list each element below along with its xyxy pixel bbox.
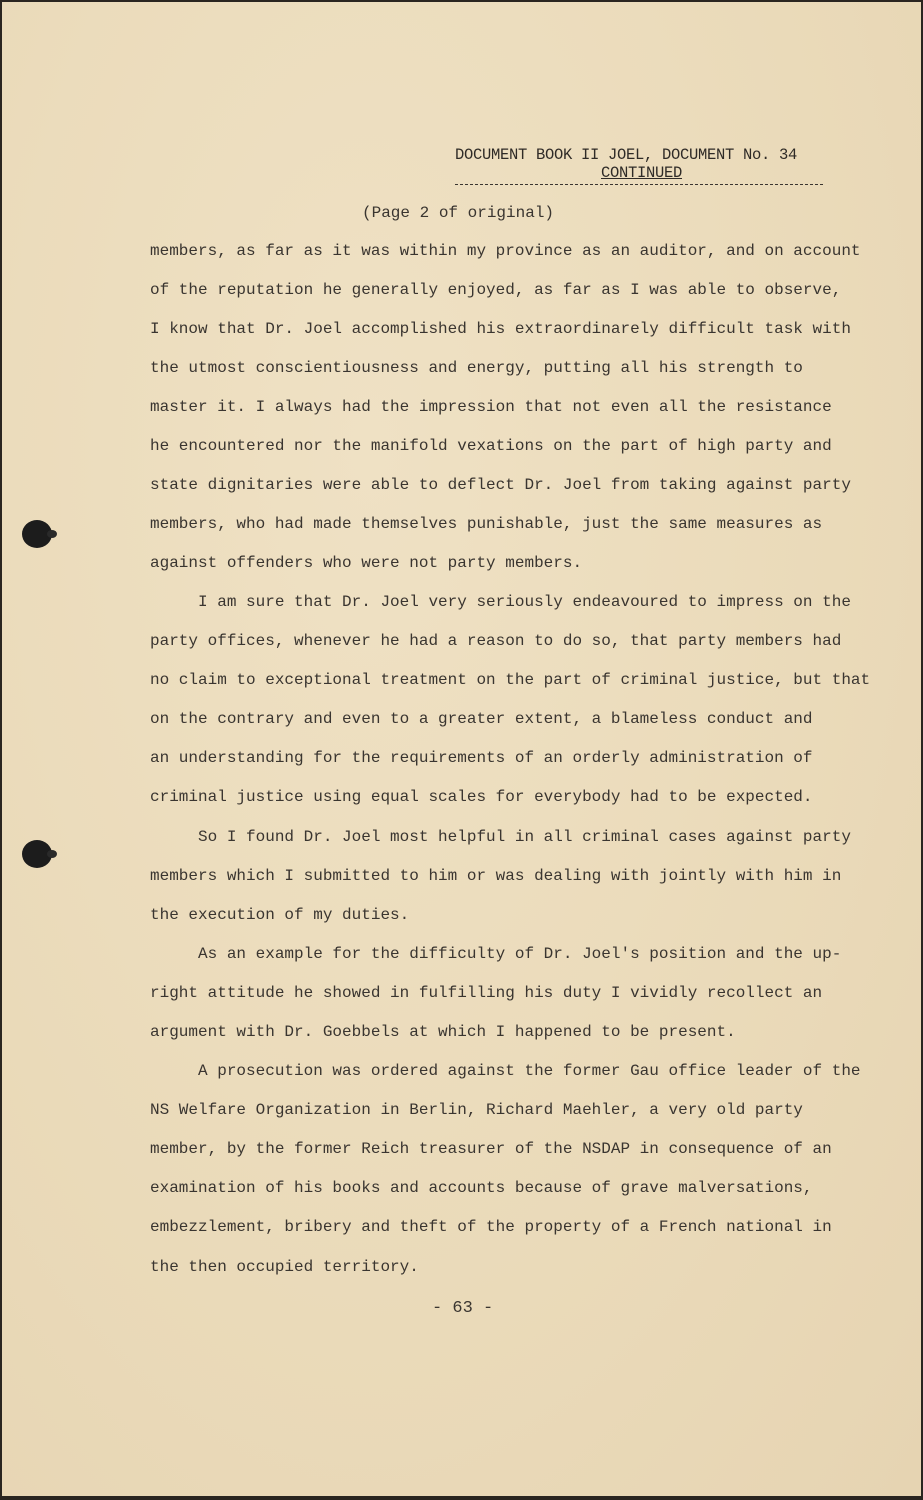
text-line: members which I submitted to him or was … (150, 867, 841, 885)
text-line: embezzlement, bribery and theft of the p… (150, 1218, 832, 1236)
text-line: I am sure that Dr. Joel very seriously e… (150, 593, 851, 611)
text-line: members, as far as it was within my prov… (150, 242, 861, 260)
text-line: party offices, whenever he had a reason … (150, 632, 841, 650)
text-line: the then occupied territory. (150, 1258, 419, 1276)
text-line: state dignitaries were able to deflect D… (150, 476, 851, 494)
text-line: the utmost conscientiousness and energy,… (150, 359, 803, 377)
document-page: DOCUMENT BOOK II JOEL, DOCUMENT No. 34 C… (2, 2, 921, 1496)
text-line: argument with Dr. Goebbels at which I ha… (150, 1023, 736, 1041)
text-line: So I found Dr. Joel most helpful in all … (150, 828, 851, 846)
text-line: member, by the former Reich treasurer of… (150, 1140, 832, 1158)
punch-hole-bottom (22, 840, 52, 868)
text-line: right attitude he showed in fulfilling h… (150, 984, 822, 1002)
document-header: DOCUMENT BOOK II JOEL, DOCUMENT No. 34 C… (455, 146, 825, 185)
document-title: DOCUMENT BOOK II JOEL, DOCUMENT No. 34 (455, 146, 825, 164)
document-subtitle: CONTINUED (601, 164, 682, 182)
text-line: A prosecution was ordered against the fo… (150, 1062, 861, 1080)
text-line: members, who had made themselves punisha… (150, 515, 822, 533)
text-line: NS Welfare Organization in Berlin, Richa… (150, 1101, 803, 1119)
punch-hole-top (22, 520, 52, 548)
page-number: - 63 - (432, 1299, 493, 1318)
text-line: on the contrary and even to a greater ex… (150, 710, 813, 728)
text-line: no claim to exceptional treatment on the… (150, 671, 870, 689)
text-line: As an example for the difficulty of Dr. … (150, 945, 841, 963)
text-line: of the reputation he generally enjoyed, … (150, 281, 841, 299)
text-line: criminal justice using equal scales for … (150, 788, 813, 806)
text-line: the execution of my duties. (150, 906, 409, 924)
text-line: an understanding for the requirements of… (150, 749, 813, 767)
text-line: examination of his books and accounts be… (150, 1179, 813, 1197)
text-line: he encountered nor the manifold vexation… (150, 437, 832, 455)
text-line: I know that Dr. Joel accomplished his ex… (150, 320, 851, 338)
text-line: against offenders who were not party mem… (150, 554, 582, 572)
document-subtitle-rule: CONTINUED (455, 164, 823, 185)
text-line: master it. I always had the impression t… (150, 398, 832, 416)
page-note: (Page 2 of original) (362, 204, 554, 222)
